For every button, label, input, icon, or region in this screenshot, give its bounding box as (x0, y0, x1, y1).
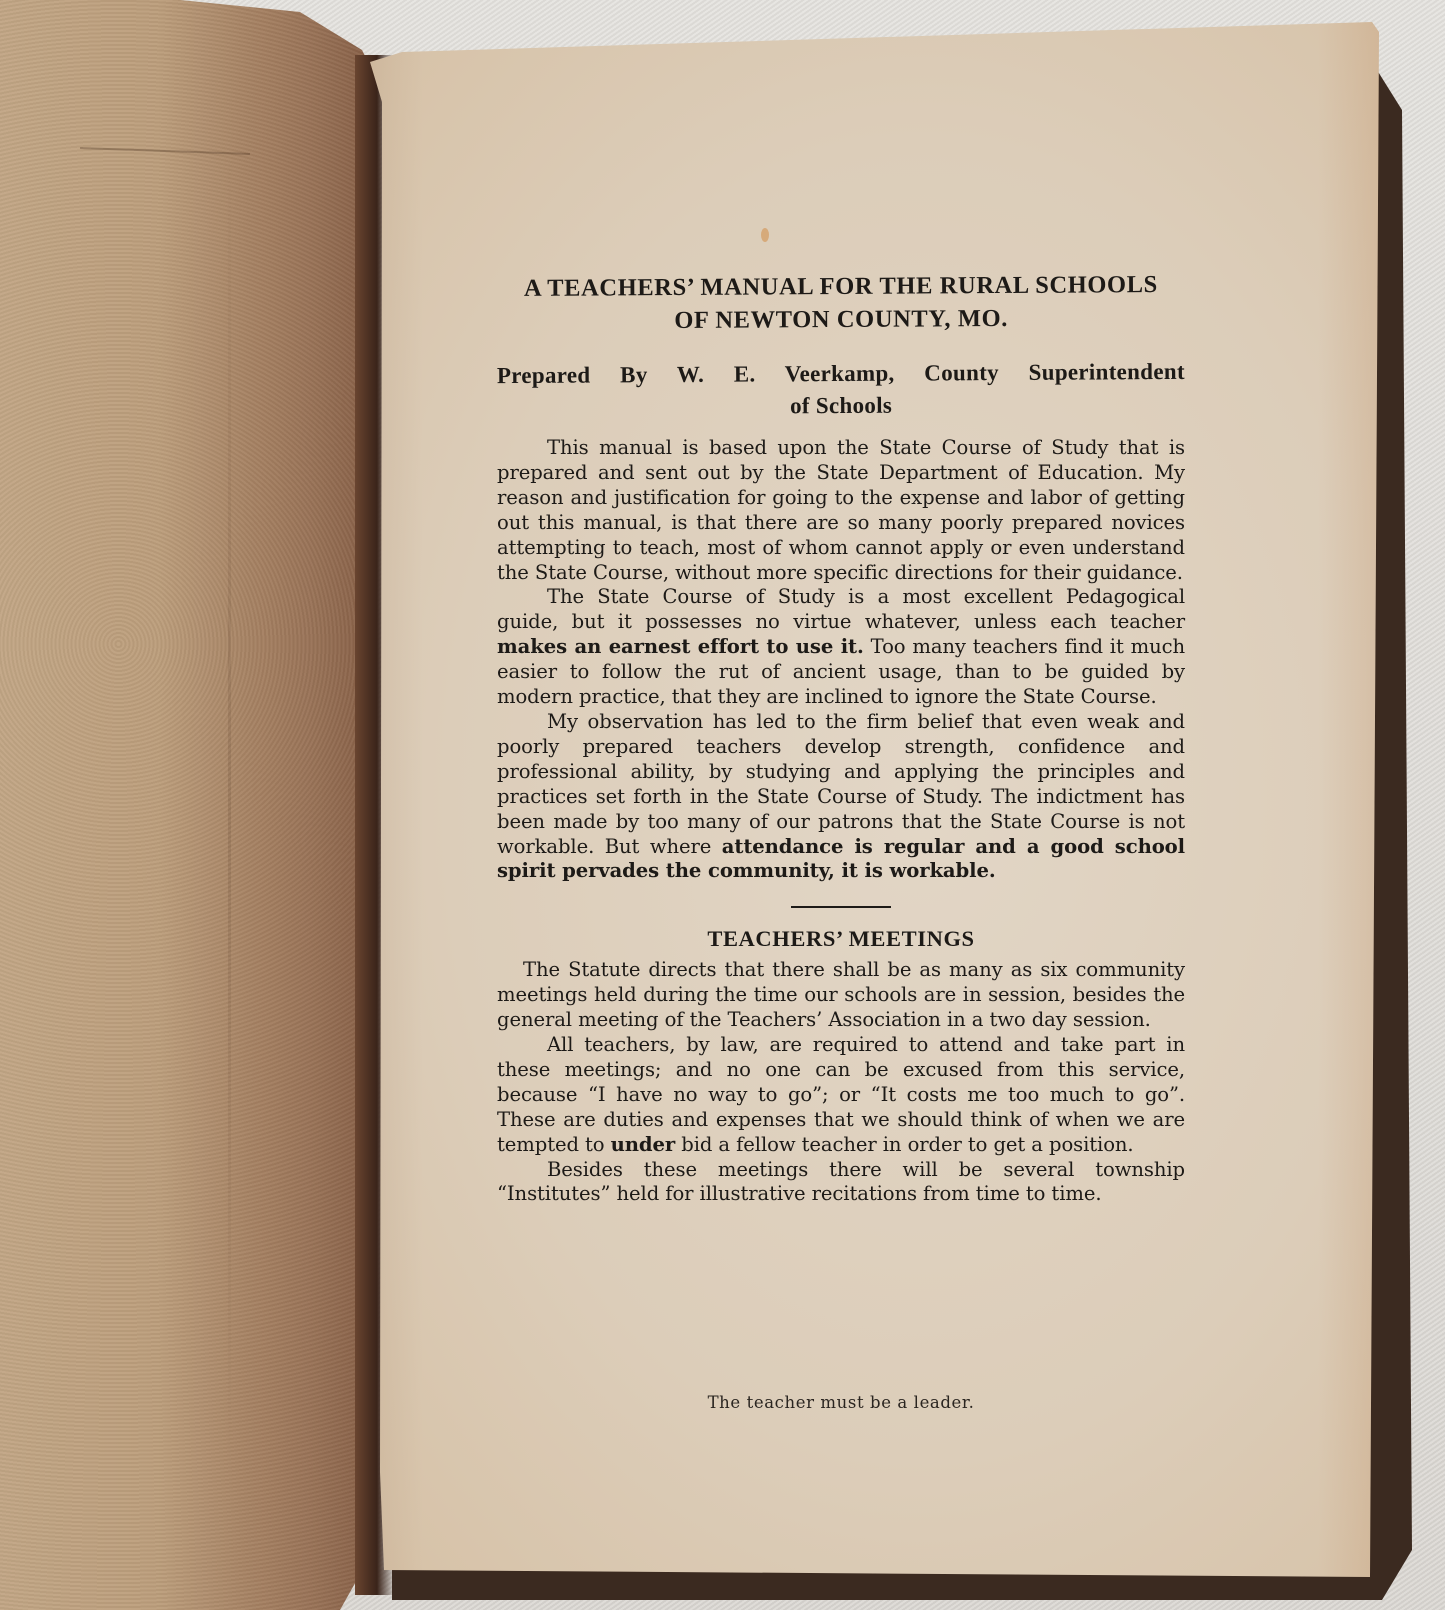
document-title: A TEACHERS’ MANUAL FOR THE RURAL SCHOOLS… (497, 268, 1185, 338)
intro-paragraph-3: My observation has led to the firm belie… (497, 710, 1185, 884)
author-byline: Prepared By W. E. Veerkamp, County Super… (497, 356, 1185, 424)
emphasis-text: makes an earnest effort to use it. (497, 635, 864, 658)
paragraph-text: bid a fellow teacher in order to get a p… (675, 1133, 1133, 1156)
meetings-paragraph-2: All teachers, by law, are required to at… (497, 1033, 1185, 1158)
byline-line-2: of Schools (790, 393, 892, 419)
left-page-blank (0, 0, 395, 1610)
section-heading-teachers-meetings: TEACHERS’ MEETINGS (497, 924, 1185, 954)
intro-paragraph-1: This manual is based upon the State Cour… (497, 436, 1185, 585)
title-line-2: OF NEWTON COUNTY, MO. (674, 305, 1008, 334)
intro-paragraph-2: The State Course of Study is a most exce… (497, 585, 1185, 710)
meetings-paragraph-3: Besides these meetings there will be sev… (497, 1158, 1185, 1208)
emphasis-text: under (611, 1133, 675, 1156)
foxing-spot (761, 228, 769, 242)
cover-emboss-crease (228, 150, 231, 1470)
section-divider-rule (791, 906, 891, 908)
cover-emboss-line (80, 147, 250, 155)
meetings-paragraph-1: The Statute directs that there shall be … (497, 958, 1185, 1033)
paragraph-text: The State Course of Study is a most exce… (497, 585, 1185, 633)
footer-motto: The teacher must be a leader. (497, 1393, 1185, 1412)
title-line-1: A TEACHERS’ MANUAL FOR THE RURAL SCHOOLS (524, 271, 1158, 302)
page-text-column: A TEACHERS’ MANUAL FOR THE RURAL SCHOOLS… (497, 270, 1185, 1207)
byline-line-1: Prepared By W. E. Veerkamp, County Super… (497, 356, 1185, 392)
